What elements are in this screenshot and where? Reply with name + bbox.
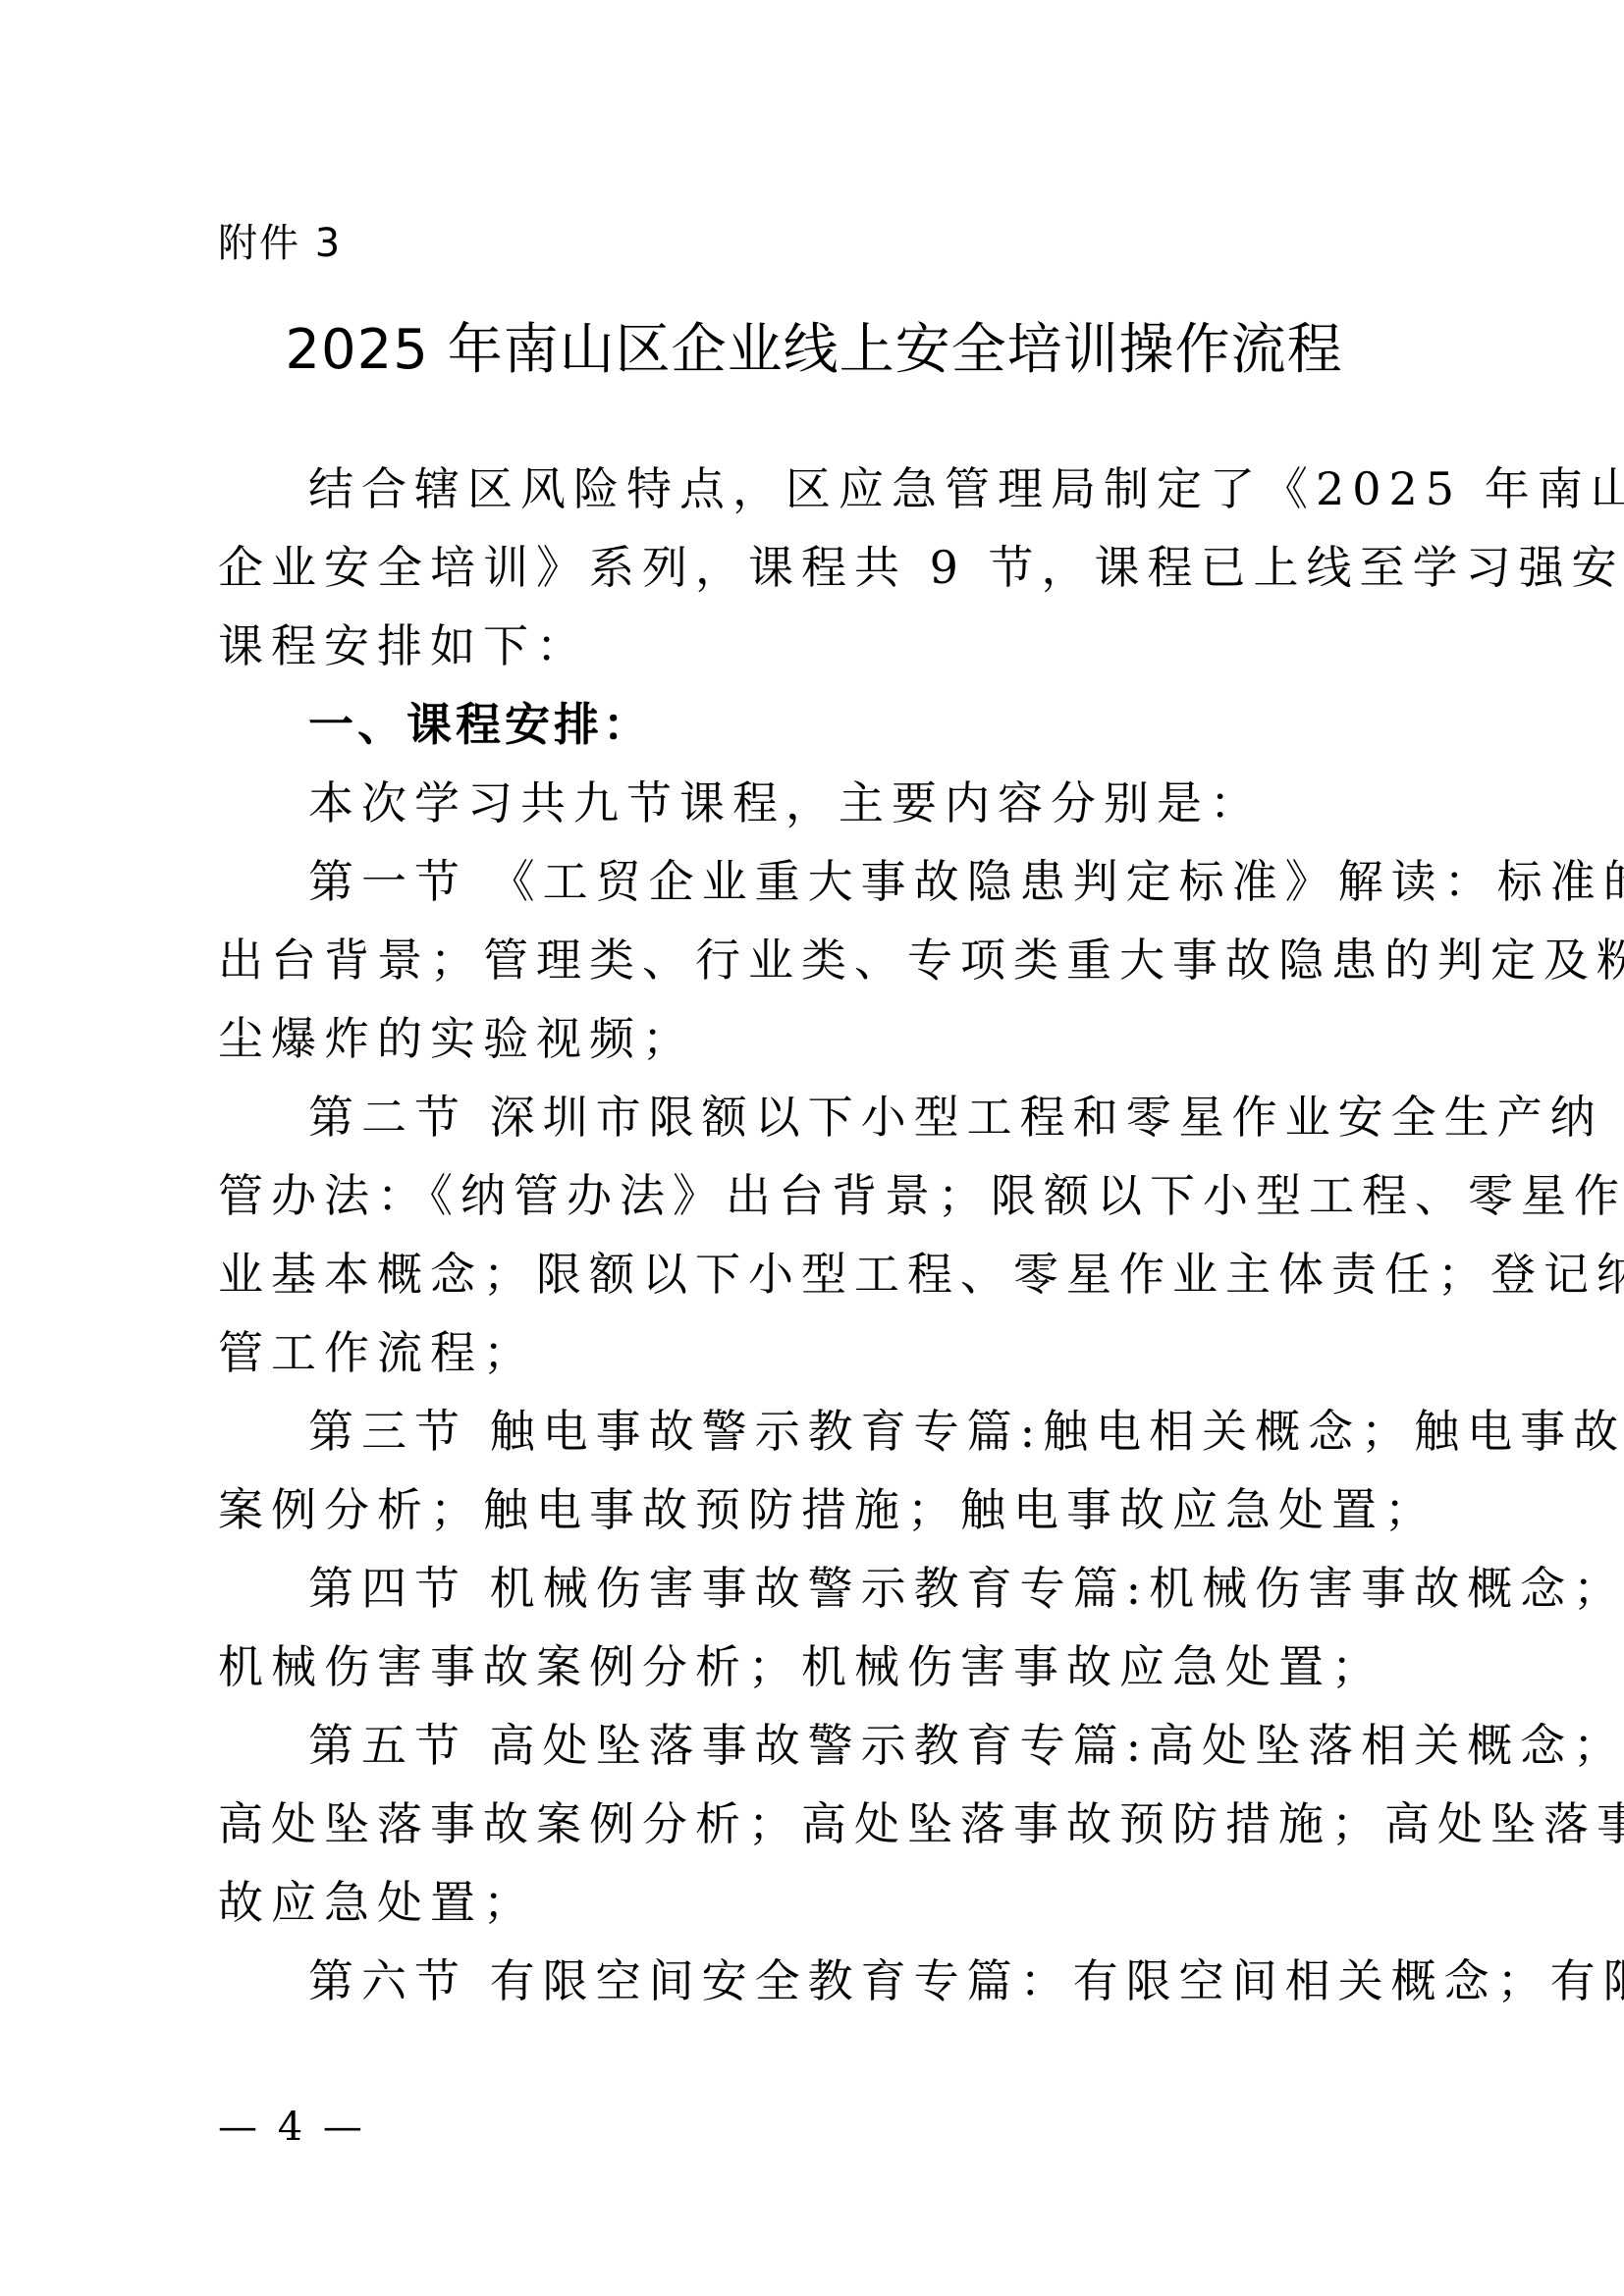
lesson-line: 出台背景；管理类、行业类、专项类重大事故隐患的判定及粉 — [218, 921, 1416, 999]
lesson-3-paragraph: 第三节 触电事故警示教育专篇:触电相关概念；触电事故 案例分析；触电事故预防措施… — [218, 1392, 1416, 1549]
lesson-line: 机械伤害事故案例分析；机械伤害事故应急处置； — [218, 1628, 1416, 1706]
lesson-line: 高处坠落事故案例分析；高处坠落事故预防措施；高处坠落事 — [218, 1785, 1416, 1863]
intro-line: 结合辖区风险特点，区应急管理局制定了《2025 年南山区 — [218, 450, 1416, 528]
intro-line: 课程安排如下： — [218, 607, 1416, 685]
lesson-line: 管办法：《纳管办法》出台背景；限额以下小型工程、零星作 — [218, 1156, 1416, 1235]
lesson-line: 第五节 高处坠落事故警示教育专篇:高处坠落相关概念； — [218, 1706, 1416, 1785]
attachment-label: 附件 3 — [218, 218, 342, 269]
lesson-5-paragraph: 第五节 高处坠落事故警示教育专篇:高处坠落相关概念； 高处坠落事故案例分析；高处… — [218, 1706, 1416, 1942]
document-body: 结合辖区风险特点，区应急管理局制定了《2025 年南山区 企业安全培训》系列，课… — [218, 450, 1416, 2020]
lesson-2-paragraph: 第二节 深圳市限额以下小型工程和零星作业安全生产纳 管办法：《纳管办法》出台背景… — [218, 1078, 1416, 1392]
lesson-line: 业基本概念；限额以下小型工程、零星作业主体责任；登记纳 — [218, 1235, 1416, 1313]
lesson-line: 管工作流程； — [218, 1313, 1416, 1392]
page-number: — 4 — — [218, 2103, 366, 2152]
lesson-6-paragraph: 第六节 有限空间安全教育专篇：有限空间相关概念；有限 — [218, 1942, 1416, 2020]
lesson-line: 第一节 《工贸企业重大事故隐患判定标准》解读：标准的 — [218, 842, 1416, 921]
lesson-line: 第二节 深圳市限额以下小型工程和零星作业安全生产纳 — [218, 1078, 1416, 1156]
lesson-line: 故应急处置； — [218, 1863, 1416, 1942]
document-title: 2025 年南山区企业线上安全培训操作流程 — [218, 316, 1410, 385]
intro-line: 企业安全培训》系列，课程共 9 节，课程已上线至学习强安 APP。 — [218, 528, 1416, 607]
lesson-line: 案例分析；触电事故预防措施；触电事故应急处置； — [218, 1470, 1416, 1549]
section-heading-course-schedule: 一、课程安排： — [218, 685, 1416, 764]
lesson-1-paragraph: 第一节 《工贸企业重大事故隐患判定标准》解读：标准的 出台背景；管理类、行业类、… — [218, 842, 1416, 1078]
summary-paragraph: 本次学习共九节课程，主要内容分别是： — [218, 764, 1416, 842]
lesson-line: 第四节 机械伤害事故警示教育专篇:机械伤害事故概念； — [218, 1549, 1416, 1628]
lesson-line: 第三节 触电事故警示教育专篇:触电相关概念；触电事故 — [218, 1392, 1416, 1470]
lesson-4-paragraph: 第四节 机械伤害事故警示教育专篇:机械伤害事故概念； 机械伤害事故案例分析；机械… — [218, 1549, 1416, 1706]
intro-paragraph: 结合辖区风险特点，区应急管理局制定了《2025 年南山区 企业安全培训》系列，课… — [218, 450, 1416, 685]
lesson-line: 尘爆炸的实验视频； — [218, 999, 1416, 1078]
lesson-line: 第六节 有限空间安全教育专篇：有限空间相关概念；有限 — [218, 1942, 1416, 2020]
